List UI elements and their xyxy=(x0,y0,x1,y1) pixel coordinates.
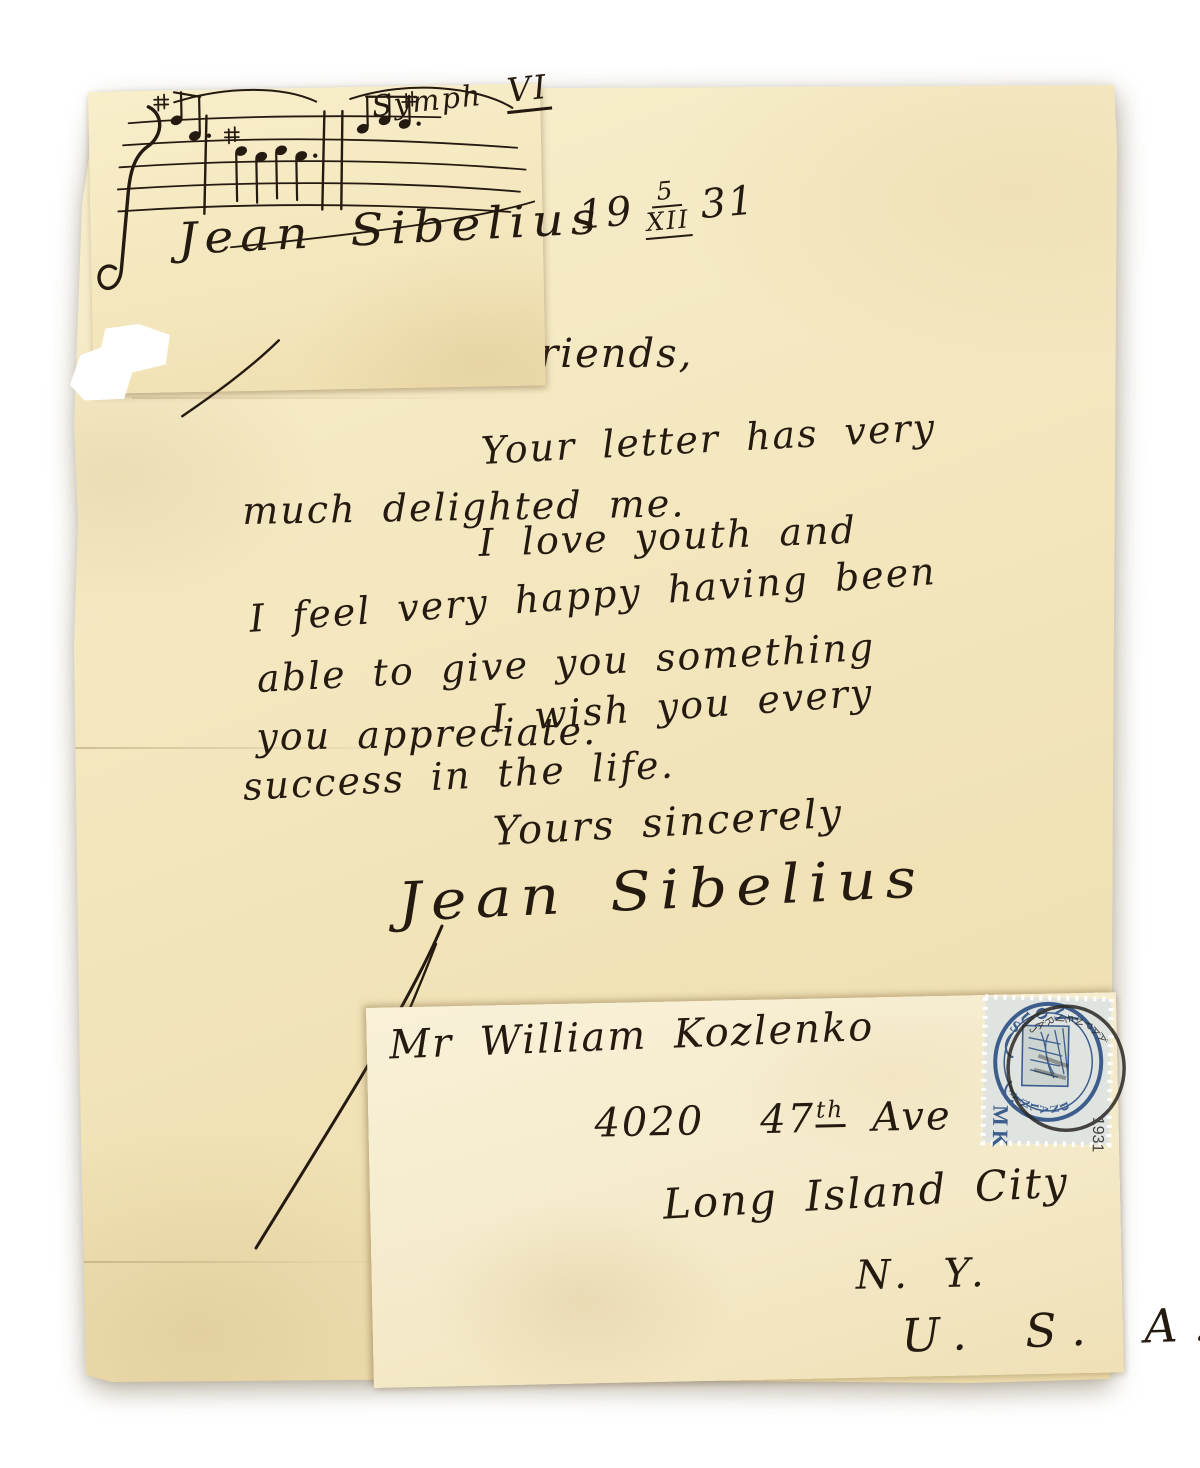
date-fraction: 5 XII xyxy=(641,176,694,239)
street-line: 402047th Ave xyxy=(594,1096,952,1144)
state-line: N. Y. xyxy=(855,1253,990,1296)
city-line: Long Island City xyxy=(662,1161,1070,1226)
street-ordinal-suffix: th xyxy=(815,1096,846,1128)
recipient-line: Mr William Kozlenko xyxy=(388,1007,875,1066)
postage-stamp: SUOMI FINLAND MK JÄRVENPÄÄ 1931 xyxy=(977,989,1130,1162)
date-month-roman: XII xyxy=(643,205,693,239)
symphony-annotation-numeral: VI xyxy=(503,67,552,115)
date-year: 31 xyxy=(699,180,757,225)
photograph-background: 19 5 XII 31 Dear Friends, Your letter ha… xyxy=(0,0,1200,1468)
street-name: Ave xyxy=(872,1093,952,1141)
stamp-denomination: MK xyxy=(988,1105,1014,1151)
country-line: U. S. A. xyxy=(901,1300,1200,1358)
date-day: 5 xyxy=(649,177,681,209)
street-ordinal-number: 47 xyxy=(760,1096,816,1143)
postmark-year: 1931 xyxy=(1089,1117,1107,1153)
street-number: 4020 xyxy=(594,1098,705,1146)
